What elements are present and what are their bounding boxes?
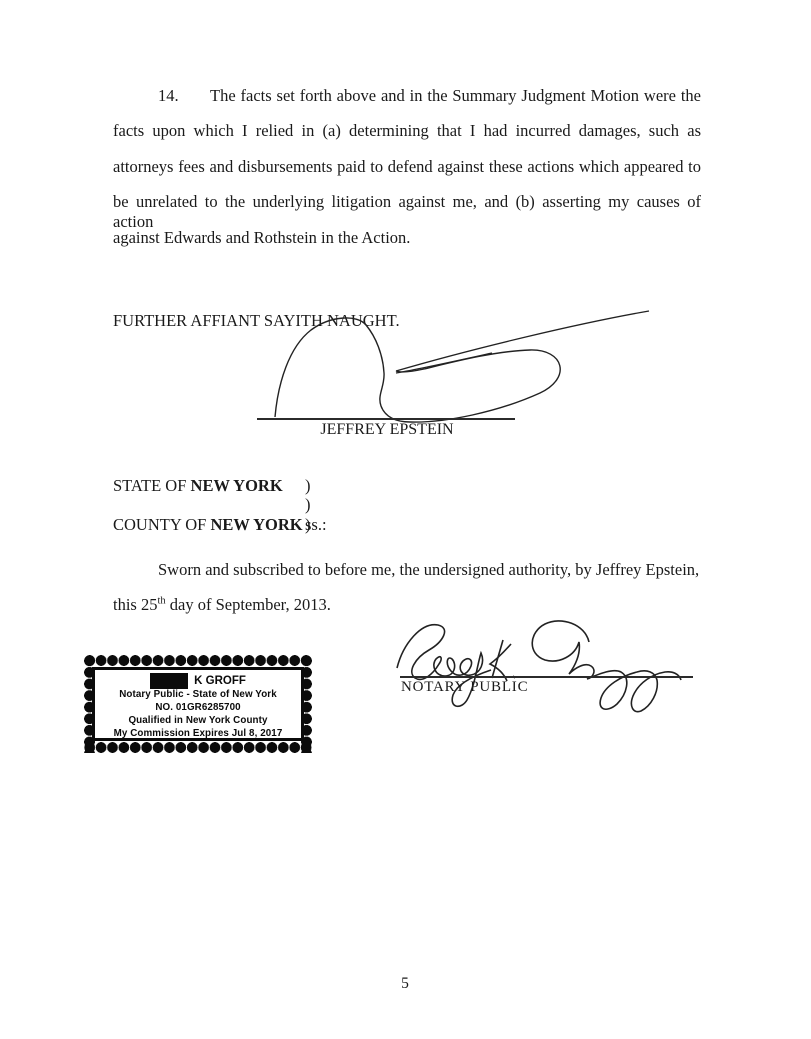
affidavit-page: 14.The facts set forth above and in the … <box>0 0 811 1039</box>
stamp-name-row: K GROFF <box>95 672 301 689</box>
state-value: NEW YORK <box>191 476 283 495</box>
stamp-inner-box: K GROFF Notary Public - State of New Yor… <box>92 667 304 741</box>
epstein-signature <box>245 299 665 431</box>
stamp-line: Qualified in New York County <box>95 715 301 728</box>
jurat-line-1: Sworn and subscribed to before me, the u… <box>113 560 713 580</box>
notary-stamp: K GROFF Notary Public - State of New Yor… <box>84 655 312 753</box>
jurat-date-pre: this 25 <box>113 595 157 614</box>
venue-county-row: COUNTY OF NEW YORK ) <box>113 515 303 534</box>
paragraph-14-text: The facts set forth above and in the Sum… <box>210 86 701 105</box>
signature-stroke <box>396 311 649 371</box>
venue-state-row: STATE OF NEW YORK ) <box>113 476 303 495</box>
paragraph-number: 14. <box>158 86 210 106</box>
redaction-box <box>150 673 188 689</box>
signature-stroke <box>275 318 560 422</box>
jurat-ordinal-suffix: th <box>157 596 165 607</box>
page-number: 5 <box>355 975 455 993</box>
county-value: NEW YORK <box>210 515 302 534</box>
stamp-line: NO. 01GR6285700 <box>95 702 301 715</box>
paragraph-14: 14.The facts set forth above and in the … <box>113 86 701 263</box>
jurat-line-2: this 25th day of September, 2013. <box>113 595 331 615</box>
stamp-scallop-border <box>84 742 312 753</box>
stamp-line: My Commission Expires Jul 8, 2017 <box>95 728 301 741</box>
venue-ss-row: ) ss.: <box>113 495 303 514</box>
venue-paren: ) <box>305 476 311 496</box>
notary-signature <box>393 616 705 720</box>
signature-stroke <box>396 353 492 373</box>
state-label: STATE OF <box>113 476 191 495</box>
venue-paren: ) <box>305 515 311 535</box>
notary-name: K GROFF <box>194 675 246 687</box>
jurat-date-post: day of September, 2013. <box>166 595 331 614</box>
signer-name-label: JEFFREY EPSTEIN <box>257 421 517 439</box>
paragraph-14-line: facts upon which I relied in (a) determi… <box>113 121 701 156</box>
paragraph-14-line: 14.The facts set forth above and in the … <box>113 86 701 121</box>
signature-stroke <box>532 621 681 712</box>
venue-block: STATE OF NEW YORK ) ) ss.: COUNTY OF NEW… <box>113 476 303 534</box>
paragraph-14-line: attorneys fees and disbursements paid to… <box>113 157 701 192</box>
notary-signature-line <box>400 676 693 678</box>
notary-public-label: NOTARY PUBLIC <box>401 679 528 696</box>
paragraph-14-line: be unrelated to the underlying litigatio… <box>113 192 701 227</box>
stamp-scallop-border <box>84 655 312 666</box>
signature-line <box>257 418 515 420</box>
county-label: COUNTY OF <box>113 515 210 534</box>
paragraph-14-line: against Edwards and Rothstein in the Act… <box>113 228 701 263</box>
stamp-line: Notary Public - State of New York <box>95 689 301 702</box>
